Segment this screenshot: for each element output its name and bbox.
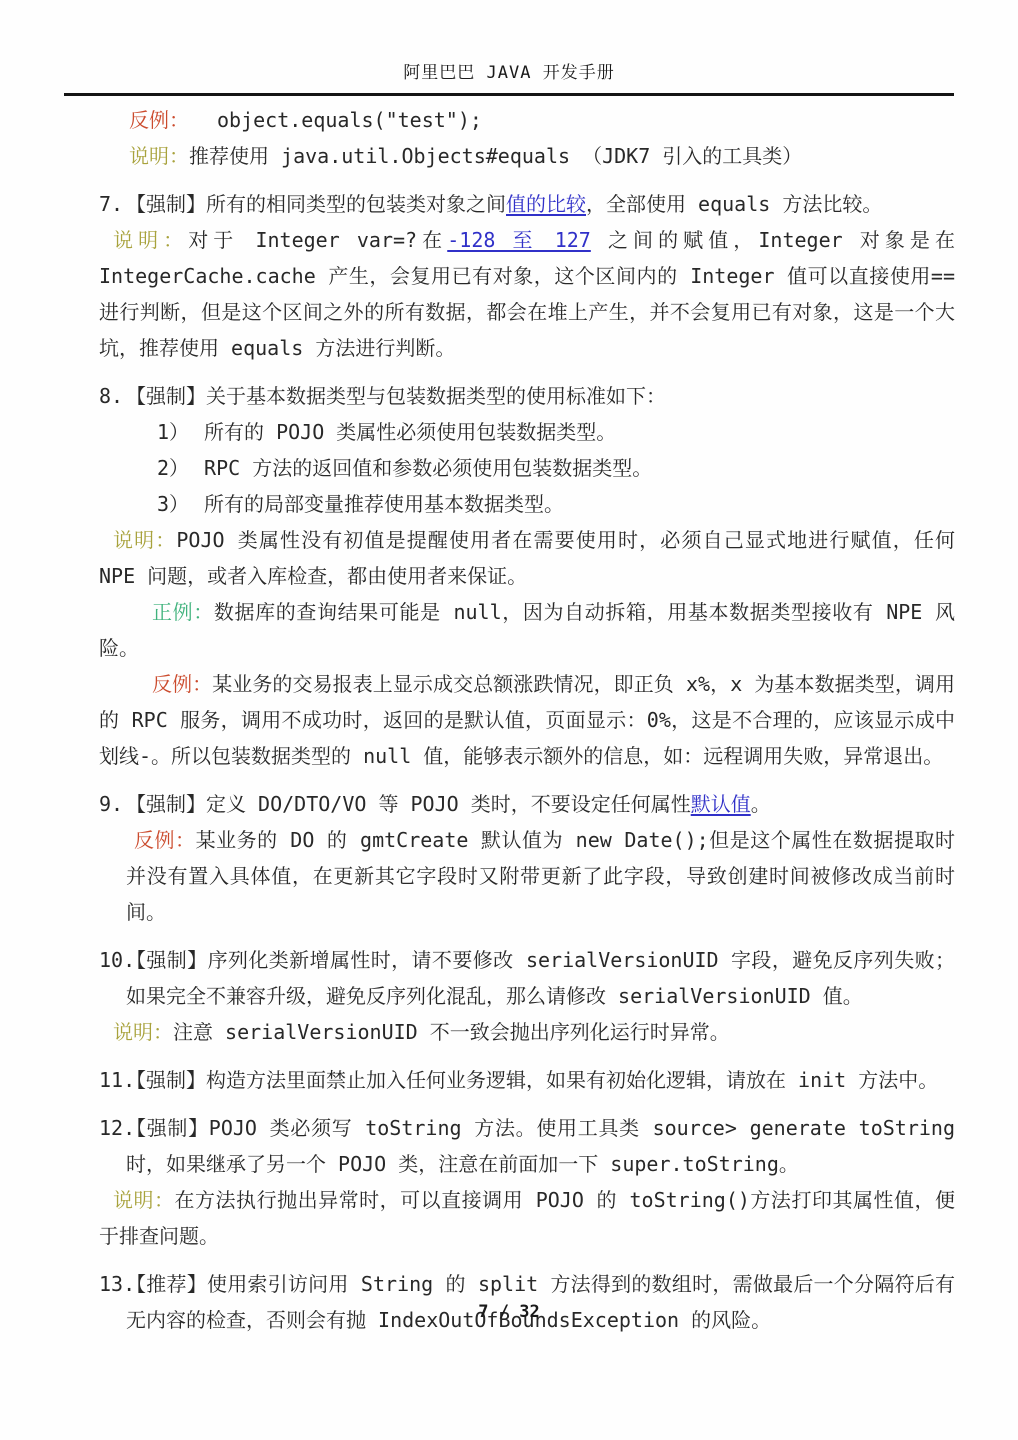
code-text: object.equals("test"); [217, 108, 482, 132]
note-text: 对于 Integer var=?在 [188, 228, 447, 252]
page-footer: 7 / 32 [0, 1302, 1018, 1322]
sub-list-marker: 2） [157, 456, 189, 480]
rule-item-11: 11. 【强制】构造方法里面禁止加入任何业务逻辑，如果有初始化逻辑，请放在 in… [99, 1062, 955, 1098]
rule-item-12: 12. 【强制】POJO 类必须写 toString 方法。使用工具类 sour… [99, 1110, 955, 1254]
inline-link[interactable]: -128 至 127 [447, 228, 591, 252]
sub-list-text: RPC 方法的返回值和参数必须使用包装数据类型。 [204, 456, 652, 480]
item-head: 【强制】定义 DO/DTO/VO 等 POJO 类时，不要设定任何属性默认值。 [126, 786, 955, 822]
sub-list-marker: 1） [157, 420, 189, 444]
item-note: 说明：对于 Integer var=?在-128 至 127 之间的赋值，Int… [99, 222, 955, 366]
negative-label: 反例： [134, 828, 196, 852]
positive-label: 正例： [152, 600, 214, 624]
note-label: 说明： [113, 528, 176, 552]
negative-label: 反例： [129, 108, 189, 132]
item-number: 13. [99, 1266, 135, 1302]
note-label: 说明： [129, 144, 189, 168]
negative-example-line: 反例：object.equals("test"); [129, 102, 955, 138]
item-number: 12. [99, 1110, 135, 1146]
note-text: POJO 类属性没有初值是提醒使用者在需要使用时，必须自己显式地进行赋值，任何 … [99, 528, 955, 588]
item-number: 9. [99, 786, 123, 822]
negative-text: 某业务的交易报表上显示成交总额涨跌情况，即正负 x%，x 为基本数据类型，调用的… [99, 672, 955, 768]
item-negative-example: 反例：某业务的交易报表上显示成交总额涨跌情况，即正负 x%，x 为基本数据类型，… [99, 666, 955, 774]
item-head: 【强制】所有的相同类型的包装类对象之间值的比较，全部使用 equals 方法比较… [126, 186, 955, 222]
item-note: 说明：POJO 类属性没有初值是提醒使用者在需要使用时，必须自己显式地进行赋值，… [99, 522, 955, 594]
item-number: 11. [99, 1062, 135, 1098]
note-text: 注意 serialVersionUID 不一致会抛出序列化运行时异常。 [173, 1020, 730, 1044]
sub-list-item: 3）所有的局部变量推荐使用基本数据类型。 [157, 486, 955, 522]
sub-list-item: 1）所有的 POJO 类属性必须使用包装数据类型。 [157, 414, 955, 450]
rule-item-8: 8. 【强制】关于基本数据类型与包装数据类型的使用标准如下： 1）所有的 POJ… [99, 378, 955, 774]
item-head: 【强制】序列化类新增属性时，请不要修改 serialVersionUID 字段，… [126, 942, 955, 1014]
continuation-block: 反例：object.equals("test"); 说明：推荐使用 java.u… [99, 102, 955, 174]
item-note: 说明：注意 serialVersionUID 不一致会抛出序列化运行时异常。 [99, 1014, 955, 1050]
head-text: 【强制】所有的相同类型的包装类对象之间 [126, 192, 506, 216]
item-negative-example: 反例：某业务的 DO 的 gmtCreate 默认值为 new Date();但… [126, 822, 955, 930]
note-label: 说明： [113, 1020, 173, 1044]
item-number: 10. [99, 942, 135, 978]
note-text: 在方法执行抛出异常时，可以直接调用 POJO 的 toString()方法打印其… [99, 1188, 955, 1248]
sub-list-text: 所有的局部变量推荐使用基本数据类型。 [204, 492, 564, 516]
head-text: ，全部使用 equals 方法比较。 [586, 192, 882, 216]
rule-item-9: 9. 【强制】定义 DO/DTO/VO 等 POJO 类时，不要设定任何属性默认… [99, 786, 955, 930]
note-line: 说明：推荐使用 java.util.Objects#equals （JDK7 引… [129, 138, 955, 174]
item-number: 7. [99, 186, 123, 222]
head-text: 【强制】定义 DO/DTO/VO 等 POJO 类时，不要设定任何属性 [126, 792, 691, 816]
document-page: 阿里巴巴 JAVA 开发手册 反例：object.equals("test");… [0, 0, 1018, 1440]
rule-item-7: 7. 【强制】所有的相同类型的包装类对象之间值的比较，全部使用 equals 方… [99, 186, 955, 366]
item-positive-example: 正例：数据库的查询结果可能是 null，因为自动拆箱，用基本数据类型接收有 NP… [99, 594, 955, 666]
negative-label: 反例： [152, 672, 212, 696]
note-label: 说明： [113, 1188, 175, 1212]
item-head: 【强制】构造方法里面禁止加入任何业务逻辑，如果有初始化逻辑，请放在 init 方… [126, 1062, 955, 1098]
page-content: 反例：object.equals("test"); 说明：推荐使用 java.u… [99, 98, 955, 1338]
positive-text: 数据库的查询结果可能是 null，因为自动拆箱，用基本数据类型接收有 NPE 风… [99, 600, 955, 660]
page-title: 阿里巴巴 JAVA 开发手册 [64, 58, 954, 83]
item-number: 8. [99, 378, 123, 414]
sub-list-marker: 3） [157, 492, 189, 516]
inline-link[interactable]: 默认值 [691, 792, 751, 816]
sub-list-item: 2）RPC 方法的返回值和参数必须使用包装数据类型。 [157, 450, 955, 486]
note-text: 推荐使用 java.util.Objects#equals （JDK7 引入的工… [189, 144, 802, 168]
item-head: 【强制】关于基本数据类型与包装数据类型的使用标准如下： [126, 378, 955, 414]
item-note: 说明：在方法执行抛出异常时，可以直接调用 POJO 的 toString()方法… [99, 1182, 955, 1254]
inline-link[interactable]: 值的比较 [506, 192, 586, 216]
page-header: 阿里巴巴 JAVA 开发手册 [64, 0, 954, 96]
sub-list-text: 所有的 POJO 类属性必须使用包装数据类型。 [204, 420, 616, 444]
negative-text: 某业务的 DO 的 gmtCreate 默认值为 new Date();但是这个… [126, 828, 955, 924]
page-number: 7 / 32 [478, 1302, 539, 1322]
rule-item-10: 10. 【强制】序列化类新增属性时，请不要修改 serialVersionUID… [99, 942, 955, 1050]
head-text: 。 [751, 792, 771, 816]
note-label: 说明： [113, 228, 188, 252]
item-head: 【强制】POJO 类必须写 toString 方法。使用工具类 source> … [126, 1110, 955, 1182]
